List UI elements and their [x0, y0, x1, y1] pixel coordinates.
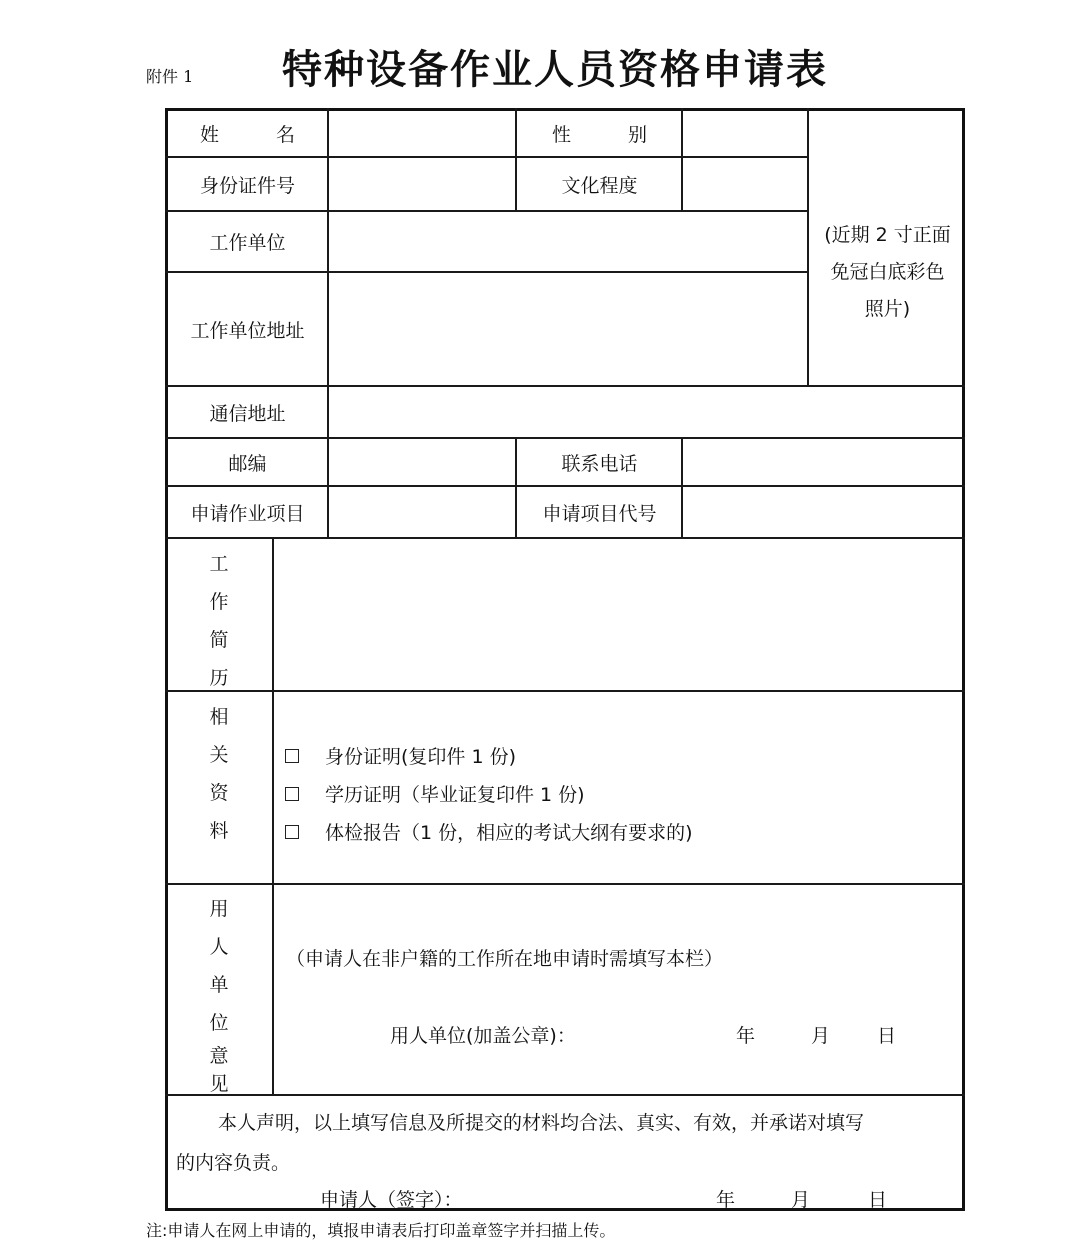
mailing-address-label: 通信地址 [168, 387, 327, 437]
document-item-label: 学历证明（毕业证复印件 1 份) [325, 780, 585, 807]
label-char: 作 [204, 583, 234, 621]
label-char: 单 [204, 966, 234, 1004]
name-label: 姓 名 [168, 110, 327, 156]
page-title: 特种设备作业人员资格申请表 [282, 38, 828, 95]
employer-day-label: 日 [877, 1021, 896, 1048]
photo-placeholder[interactable]: (近期 2 寸正面 免冠白底彩色 照片) [810, 217, 965, 328]
divider [681, 108, 683, 211]
employer-opinion-instruction: （申请人在非户籍的工作所在地申请时需填写本栏） [286, 944, 723, 971]
divider [807, 108, 809, 386]
employer-address-label: 工作单位地址 [168, 273, 327, 385]
label-char: 资 [204, 774, 234, 812]
document-item-label: 身份证明(复印件 1 份) [325, 742, 516, 769]
postcode-label: 邮编 [168, 439, 327, 485]
education-field[interactable] [684, 158, 807, 210]
documents-label: 相 关 资 料 [204, 698, 234, 850]
phone-field[interactable] [684, 439, 963, 485]
divider [165, 1094, 965, 1096]
project-label: 申请作业项目 [168, 487, 327, 537]
document-item-education[interactable]: 学历证明（毕业证复印件 1 份) [285, 780, 585, 807]
phone-label: 联系电话 [518, 439, 681, 485]
label-char: 人 [204, 928, 234, 966]
divider [327, 108, 329, 538]
label-char: 料 [204, 812, 234, 850]
employer-label: 工作单位 [168, 212, 327, 271]
id-number-field[interactable] [330, 158, 515, 210]
name-field[interactable] [330, 110, 515, 156]
mailing-address-field[interactable] [330, 387, 963, 437]
gender-label: 性 别 [518, 110, 681, 156]
checkbox[interactable] [285, 749, 299, 763]
label-char: 简 [204, 621, 234, 659]
photo-note-line: (近期 2 寸正面 [810, 217, 965, 254]
employer-year-label: 年 [736, 1021, 755, 1048]
divider [272, 537, 274, 1095]
label-char: 位 [204, 1004, 234, 1042]
label-char: 历 [204, 659, 234, 697]
divider [681, 437, 683, 538]
declaration-text-line1: 本人声明，以上填写信息及所提交的材料均合法、真实、有效，并承诺对填写 [218, 1108, 864, 1135]
label-char: 关 [204, 736, 234, 774]
applicant-signature-field[interactable] [500, 1183, 700, 1209]
gender-field[interactable] [684, 110, 807, 156]
divider [165, 690, 965, 692]
document-item-id[interactable]: 身份证明(复印件 1 份) [285, 742, 516, 769]
photo-note-line: 照片) [810, 291, 965, 328]
divider [515, 437, 517, 538]
applicant-day-label: 日 [868, 1185, 887, 1212]
employer-seal-label: 用人单位(加盖公章)： [390, 1021, 576, 1048]
employer-field[interactable] [330, 212, 807, 271]
label-char: 意 [204, 1042, 234, 1070]
project-code-label: 申请项目代号 [518, 487, 681, 537]
education-label: 文化程度 [518, 158, 681, 210]
divider [165, 883, 965, 885]
checkbox[interactable] [285, 825, 299, 839]
document-item-label: 体检报告（1 份，相应的考试大纲有要求的) [325, 818, 693, 845]
footer-note: 注:申请人在网上申请的，填报申请表后打印盖章签字并扫描上传。 [146, 1218, 615, 1241]
project-field[interactable] [330, 487, 515, 537]
employer-month-label: 月 [811, 1021, 830, 1048]
applicant-year-label: 年 [716, 1185, 735, 1212]
id-number-label: 身份证件号 [168, 158, 327, 210]
divider [515, 108, 517, 211]
declaration-text-line2: 的内容负责。 [176, 1148, 290, 1175]
employer-address-field[interactable] [330, 273, 807, 385]
label-char: 相 [204, 698, 234, 736]
document-item-medical[interactable]: 体检报告（1 份，相应的考试大纲有要求的) [285, 818, 693, 845]
postcode-field[interactable] [330, 439, 515, 485]
work-history-label: 工 作 简 历 [204, 545, 234, 697]
project-code-field[interactable] [684, 487, 963, 537]
label-char: 见 [204, 1070, 234, 1098]
applicant-signature-label: 申请人（签字）： [320, 1185, 463, 1212]
label-char: 用 [204, 890, 234, 928]
applicant-month-label: 月 [791, 1185, 810, 1212]
employer-opinion-label: 用 人 单 位 意 见 [204, 890, 234, 1098]
checkbox[interactable] [285, 787, 299, 801]
attachment-label: 附件 1 [146, 64, 193, 87]
work-history-field[interactable] [275, 539, 963, 690]
photo-note-line: 免冠白底彩色 [810, 254, 965, 291]
label-char: 工 [204, 545, 234, 583]
